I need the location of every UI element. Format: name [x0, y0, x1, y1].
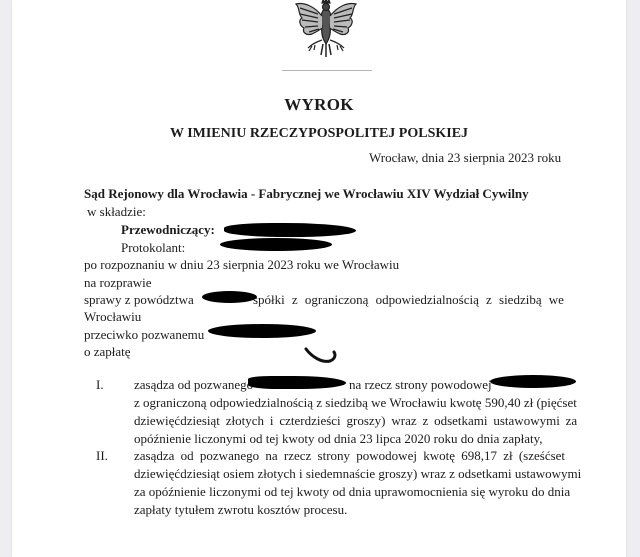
polish-eagle-emblem-icon — [288, 0, 364, 58]
pen-stroke-mark — [304, 345, 340, 365]
case-line-start: sprawy z powództwa — [84, 292, 194, 308]
ruling-1-line-1: z ograniczoną odpowiedzialnością z siedz… — [134, 395, 577, 411]
case-line-end: Wrocławiu — [84, 309, 141, 325]
ruling-1-mid: na rzecz strony powodowej — [349, 377, 492, 393]
redaction-defendant — [208, 324, 316, 338]
presiding-judge-label: Przewodniczący: — [121, 222, 215, 238]
ruling-2-line-2: dziewięćdziesiąt osiem złotych i siedemn… — [134, 466, 581, 482]
hearing-type: na rozprawie — [84, 275, 152, 291]
emblem-divider — [282, 70, 372, 71]
ruling-1-line-2: dziewięćdziesiąt złotych i czterdzieści … — [134, 413, 577, 429]
ruling-2-numeral: II. — [96, 448, 108, 464]
court-name: Sąd Rejonowy dla Wrocławia - Fabrycznej … — [84, 186, 529, 202]
redaction-presiding-judge — [224, 223, 356, 237]
ruling-2-line-4: zapłaty tytułem zwrotu kosztów procesu. — [134, 502, 347, 518]
redaction-clerk — [220, 238, 332, 251]
ruling-1-line-3: opóźnienie liczonymi od tej kwoty od dni… — [134, 431, 543, 447]
case-line: sprawy z powództwa spółki z ograniczoną … — [84, 292, 564, 308]
ruling-1-start: zasądza od pozwanego — [134, 377, 253, 393]
place-and-date: Wrocław, dnia 23 sierpnia 2023 roku — [369, 150, 561, 166]
ruling-2-line-1: zasądza od pozwanego na rzecz strony pow… — [134, 448, 565, 464]
clerk-label: Protokolant: — [121, 240, 185, 256]
redaction-ruling-1-defendant — [248, 376, 346, 389]
redaction-plaintiff — [202, 291, 257, 303]
redaction-ruling-1-plaintiff — [490, 375, 576, 388]
defendant-line: przeciwko pozwanemu — [84, 327, 204, 343]
hearing-line: po rozpoznaniu w dniu 23 sierpnia 2023 r… — [84, 257, 399, 273]
composition-label: w składzie: — [87, 204, 146, 220]
case-subject: o zapłatę — [84, 344, 131, 360]
document-title: WYROK — [12, 95, 626, 115]
ruling-2-line-3: za opóźnienie liczonymi od tej kwoty od … — [134, 484, 570, 500]
document-page: WYROK W IMIENIU RZECZYPOSPOLITEJ POLSKIE… — [12, 0, 626, 557]
document-subtitle: W IMIENIU RZECZYPOSPOLITEJ POLSKIEJ — [12, 126, 626, 142]
ruling-1-numeral: I. — [96, 377, 104, 393]
